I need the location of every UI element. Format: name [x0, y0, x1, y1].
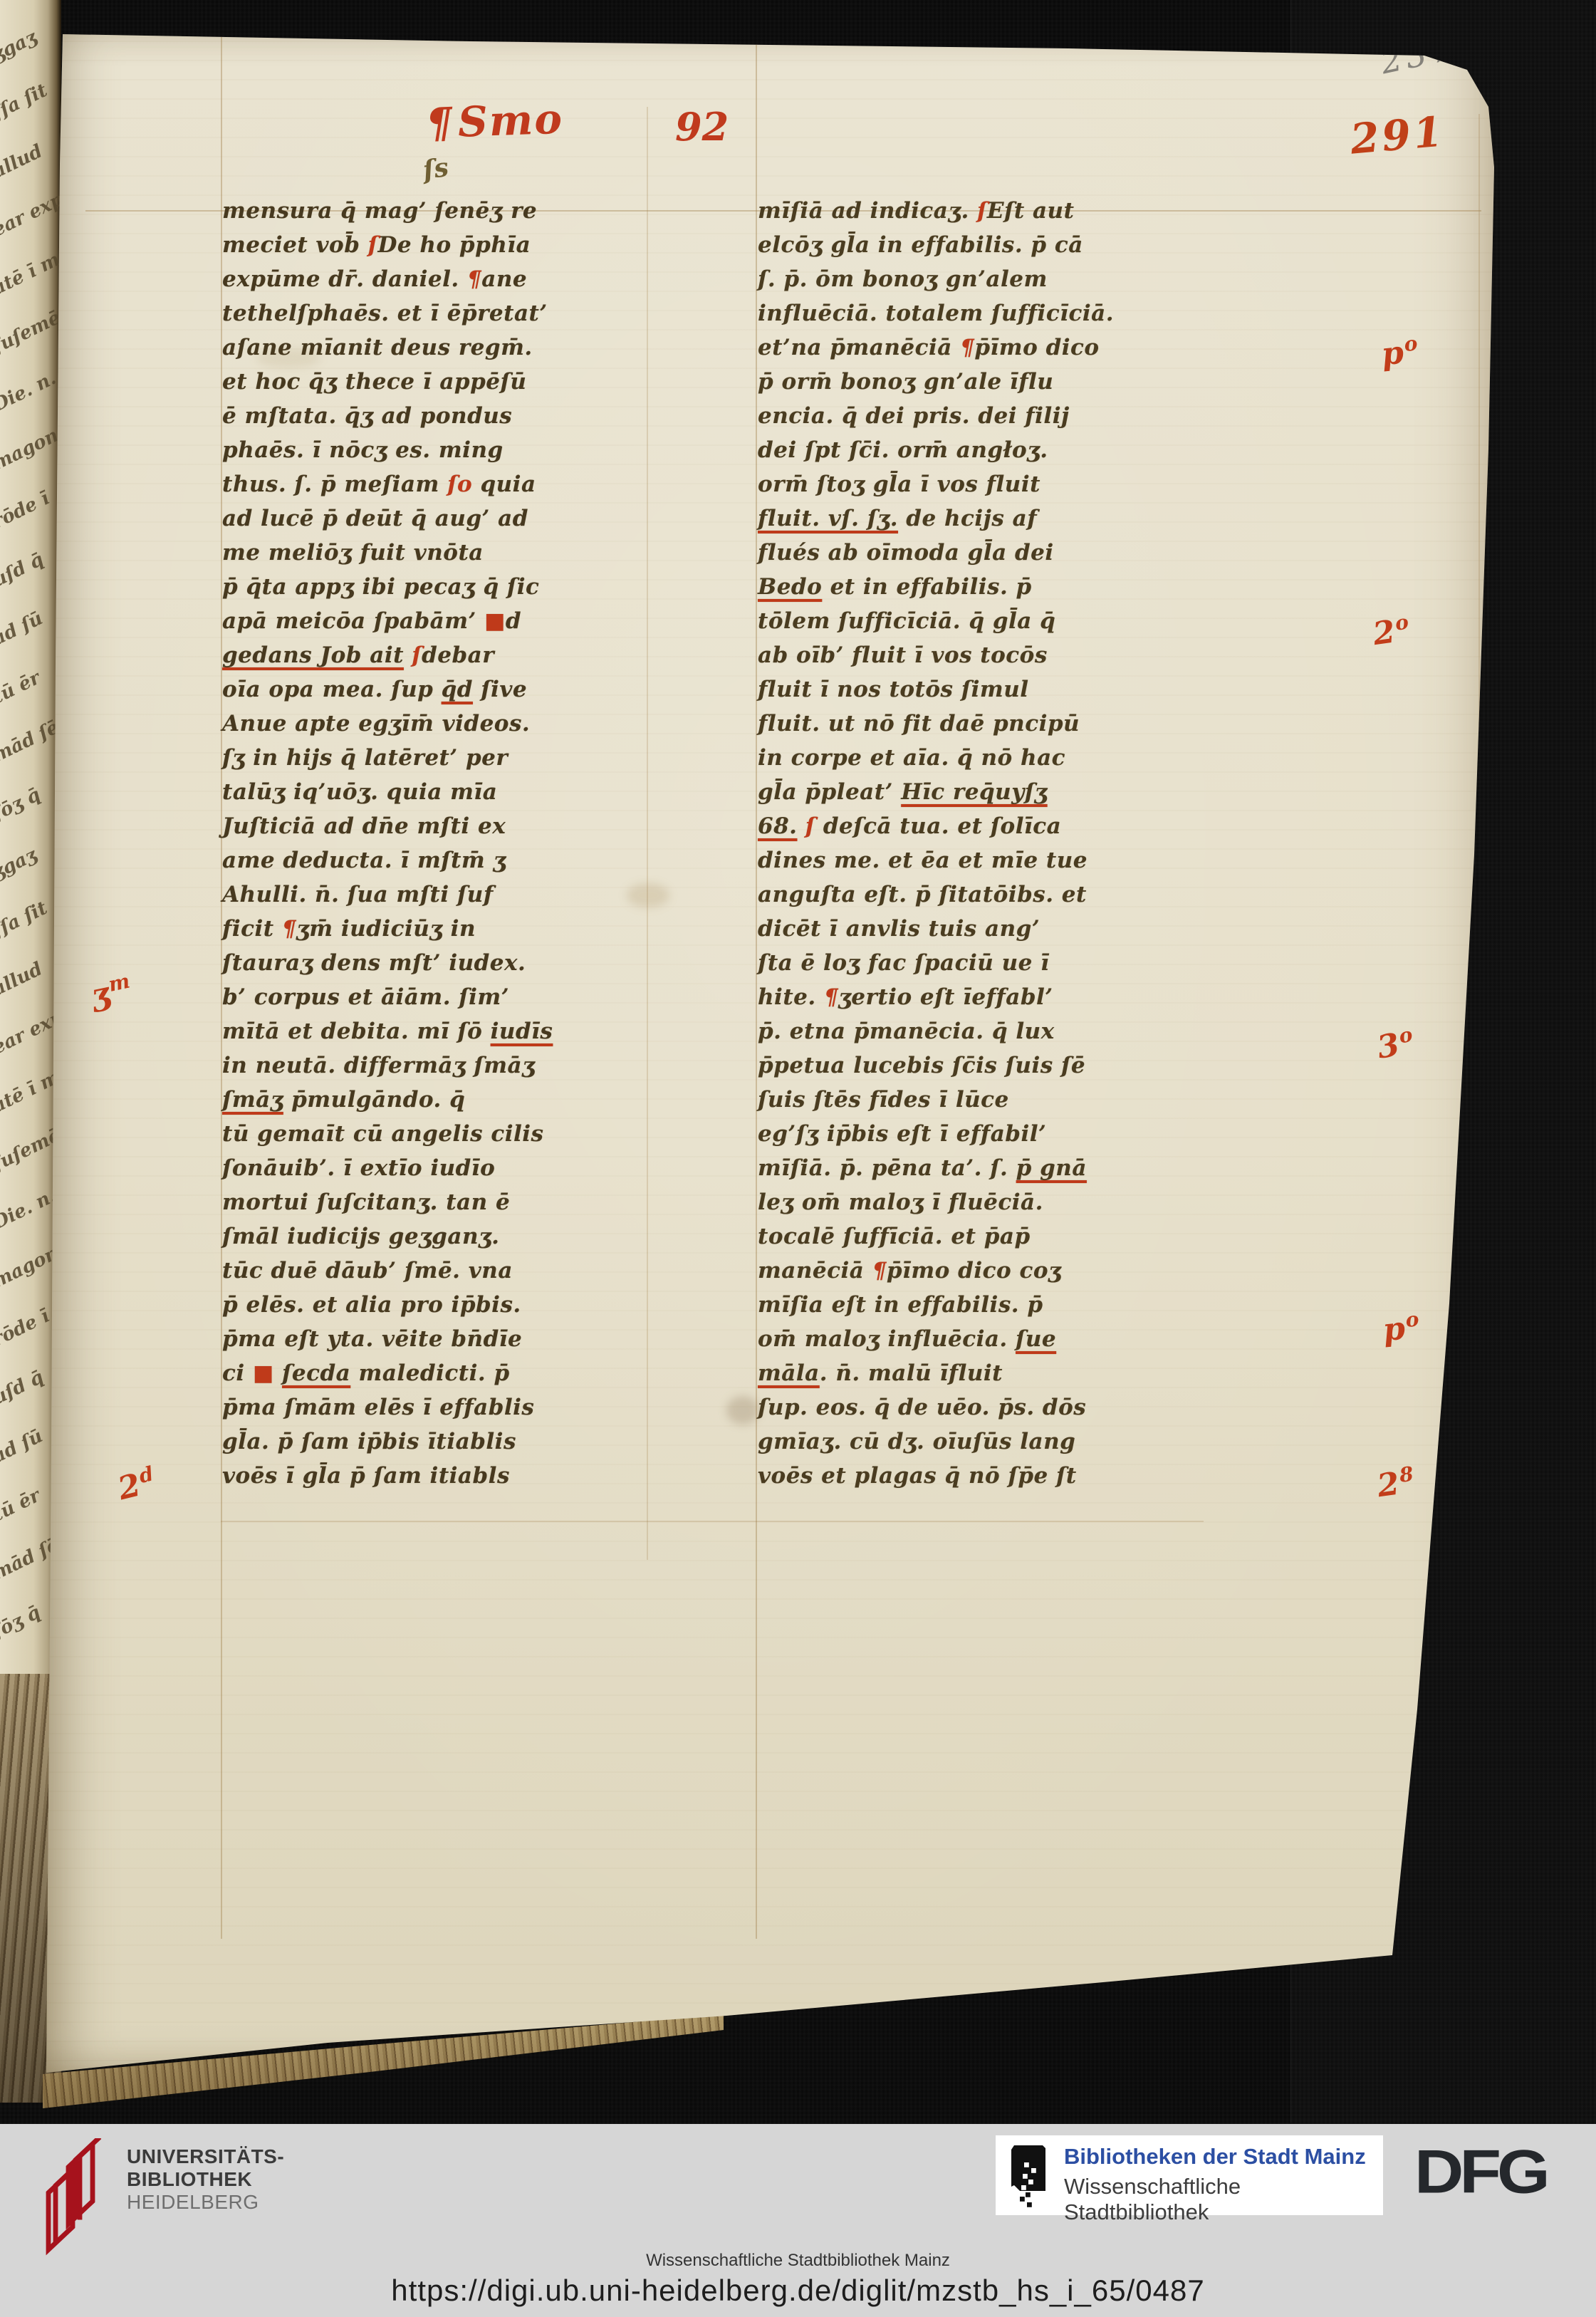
manuscript-line: ame deducta. ī mſtm̄ ʒ [222, 848, 650, 882]
manuscript-line: tethelſphaēs. et ī ēp̄retat’ [222, 301, 650, 335]
mainz-logo-line2: Wissenschaftliche Stadtbibliothek [1064, 2174, 1383, 2225]
manuscript-line: orm̄ ſtoʒ gl̄a ī vos fluit [758, 472, 1214, 506]
ub-logo-line2: BIBLIOTHEK [127, 2168, 284, 2191]
rubricated-underline: gedans Job ait [222, 642, 404, 668]
ub-heidelberg-logo: UNIVERSITÄTS- BIBLIOTHEK HEIDELBERG [37, 2138, 422, 2259]
rubricated-underline: 68. [758, 813, 797, 839]
facing-page-fragment: magone [0, 421, 61, 474]
manuscript-line: p̄ma ſmām elēs ī effablis [222, 1395, 650, 1429]
manuscript-line: tocalē ſuffīciā. et p̄ap̄ [758, 1224, 1214, 1258]
manuscript-line: gedans Job ait ſdebar [222, 642, 650, 677]
manuscript-line: me meliōʒ fuit vnōta [222, 540, 650, 574]
facing-page-fragment: ʒgaʒ [0, 12, 61, 66]
manuscript-line: p̄ elēs. et alia pro ip̄bis. [222, 1292, 650, 1326]
manuscript-line: dei ſpt ſc̄i. orm̄ angłoʒ. [758, 437, 1214, 472]
manuscript-line: ad lucē p̄ deūt q̄ aug’ ad [222, 506, 650, 540]
ub-logo-line1: UNIVERSITÄTS- [127, 2145, 284, 2168]
manuscript-line: tōlem ſufficīciā. q̄ gl̄a q̄ [758, 608, 1214, 642]
facing-page-fragment: ſſa ſit [0, 71, 61, 124]
manuscript-line: om̄ maloʒ influēcia. ſue [758, 1326, 1214, 1360]
manuscript-line: p̄ q̄ta appʒ ibi pecaʒ q̄ ſic [222, 574, 650, 608]
manuscript-line: ſtauraʒ dens mſt’ iudex. [222, 950, 650, 984]
ruling-line-horizontal [221, 1521, 1204, 1522]
manuscript-line: ſta ē loʒ fac ſpaciū ue ī [758, 950, 1214, 984]
parchment-stain [726, 1396, 759, 1425]
manuscript-line: encia. q̄ dei pris. dei filij [758, 403, 1214, 437]
rubric-mark: ſ [805, 813, 815, 839]
manuscript-line: mortui ſuſcitanʒ. tan ē [222, 1189, 650, 1224]
manuscript-line: ſonāuib’. ī extīo iudīo [222, 1155, 650, 1189]
manuscript-line: ſ. p̄. ōm bonoʒ gn’alem [758, 266, 1214, 301]
stadtbibliothek-mainz-logo: Bibliotheken der Stadt Mainz Wissenschaf… [996, 2135, 1383, 2215]
manuscript-line: aſane mīanit deus regm̄. [222, 335, 650, 369]
margin-annotation-right: po [1381, 1309, 1420, 1349]
text-column-left: mensura q̄ mag’ ſenēʒ remeciet vob̄ ſDe … [222, 198, 650, 1497]
manuscript-line: apā meicōa ſpabām’ ■d [222, 608, 650, 642]
manuscript-line: mītā et debita. mī ſō iudīs [222, 1019, 650, 1053]
manuscript-page: 237 291 ¶Smo 92 ſs mensura q̄ mag’ ſenēʒ… [43, 21, 1499, 2083]
rubric-mark: ¶ [872, 1258, 887, 1284]
rubric-mark: ſo [447, 472, 472, 497]
manuscript-line: ſʒ in hijs q̄ latēret’ per [222, 745, 650, 779]
manuscript-line: thus. ſ. p̄ meſiam ſo quia [222, 472, 650, 506]
manuscript-line: dicēt ī anvlis tuis ang’ [758, 916, 1214, 950]
margin-annotation-right: 2o [1371, 612, 1411, 652]
manuscript-line: voēs ī gl̄a p̄ ſam itiabls [222, 1463, 650, 1497]
ub-logo-line3: HEIDELBERG [127, 2191, 284, 2214]
manuscript-line: tūc duē dāub’ ſmē. vna [222, 1258, 650, 1292]
ub-heidelberg-wordmark: UNIVERSITÄTS- BIBLIOTHEK HEIDELBERG [127, 2145, 284, 2214]
manuscript-line: ſmāl iudicijs geʒganʒ. [222, 1224, 650, 1258]
manuscript-line: et hoc q̄ʒ thece ī appēſū [222, 369, 650, 403]
facing-page-fragment: ſōʒ q̄ [0, 771, 61, 825]
dfg-logo: DFG [1414, 2137, 1546, 2207]
scan-photograph: ʒgaʒſſa ſitalludear explatē ī mēſuſemēDi… [0, 0, 1596, 2317]
facing-page-fragment: ſuſemē [0, 304, 61, 358]
manuscript-line: elcōʒ gl̄a in effabilis. p̄ cā [758, 232, 1214, 266]
manuscript-line: et’na p̄manēciā ¶p̄īmo dico [758, 335, 1214, 369]
manuscript-line: gl̄a p̄pleat’ Hīc req̄uyſʒ [758, 779, 1214, 813]
manuscript-line: in corpe et aīa. q̄ nō hac [758, 745, 1214, 779]
manuscript-line: leʒ om̄ maloʒ ī fluēciā. [758, 1189, 1214, 1224]
manuscript-line: fluit. ut nō fit daē pncipū [758, 711, 1214, 745]
rubricated-underline: fluit. vſ. ſʒ. [758, 506, 898, 531]
rubric-mark: ¶ [824, 984, 838, 1010]
manuscript-line: phaēs. ī nōcʒ es. ming [222, 437, 650, 472]
manuscript-line: Bedo et in effabilis. p̄ [758, 574, 1214, 608]
rubric-mark: ſ [412, 642, 422, 668]
manuscript-line: p̄petua lucebis ſc̄is ſuis ſē [758, 1053, 1214, 1087]
rubricated-underline: iudīs [491, 1019, 553, 1044]
manuscript-line: dines me. et ēa et mīe tue [758, 848, 1214, 882]
manuscript-line: ſmāʒ p̄mulgāndo. q̄ [222, 1087, 650, 1121]
facing-page-fragment: atē ī mē [0, 246, 61, 299]
manuscript-line: gmīaʒ. cū dʒ. oīuſūs lang [758, 1429, 1214, 1463]
rubric-mark: ■ [484, 608, 506, 634]
manuscript-line: expūme dr̄. daniel. ¶ane [222, 266, 650, 301]
facing-page-fragment: ſſa ſit [0, 888, 61, 942]
manuscript-line: anguſta eſt. p̄ ſitatōibs. et [758, 882, 1214, 916]
manuscript-line: p̄. etna p̄manēcia. q̄ lux [758, 1019, 1214, 1053]
manuscript-line: gl̄a. p̄ ſam ip̄bis ītiablis [222, 1429, 650, 1463]
manuscript-line: Anue apte egʒīm̄ videos. [222, 711, 650, 745]
manuscript-line: meciet vob̄ ſDe ho p̄phīa [222, 232, 650, 266]
rubric-mark: ¶ [282, 916, 296, 942]
facing-page-fragment: Die. n. [0, 363, 61, 416]
manuscript-line: in neutā. differmāʒ ſmāʒ [222, 1053, 650, 1087]
rubricated-underline: p̄ gnā [1016, 1155, 1087, 1181]
manuscript-line: māla. n̄. malū īfluit [758, 1360, 1214, 1395]
ruling-line-vertical [756, 30, 757, 1939]
margin-annotation-right: po [1379, 333, 1419, 373]
manuscript-line: ficit ¶ʒm̄ iudiciūʒ in [222, 916, 650, 950]
rubricated-underline: ſecda [282, 1360, 350, 1386]
manuscript-line: b’ corpus et āiām. ſim’ [222, 984, 650, 1019]
facing-page-fragment: ʒgaʒ [0, 830, 61, 883]
rubric-mark: ■ [253, 1360, 274, 1386]
facing-page-fragment: Die. n. [0, 1180, 61, 1234]
facing-page-fragment: ear expl [0, 1005, 61, 1058]
facing-page-fragment: uſd q̄ [0, 538, 61, 591]
facing-page-fragment: allud [0, 947, 61, 1000]
mainz-logo-line1: Bibliotheken der Stadt Mainz [1064, 2144, 1366, 2170]
manuscript-line: talūʒ iq’uōʒ. quia mīa [222, 779, 650, 813]
footer-bar: UNIVERSITÄTS- BIBLIOTHEK HEIDELBERG [0, 2124, 1596, 2317]
rubricated-underline: q̄d [442, 677, 473, 702]
rubric-header-number: 92 [675, 104, 729, 150]
manuscript-line: ab oīb’ fluit ī vos tocōs [758, 642, 1214, 677]
manuscript-line: flués ab oīmoda gl̄a dei [758, 540, 1214, 574]
facing-page-fragment: tū ēr [0, 655, 61, 708]
margin-annotation-left: 2d [115, 1464, 158, 1508]
facing-page-fragment: ad ſū [0, 596, 61, 650]
manuscript-line: tū gemaīt cū angelis cilis [222, 1121, 650, 1155]
manuscript-line: Ahulli. n̄. ſua mſti ſuf [222, 882, 650, 916]
manuscript-line: Juſticiā ad dn̄e mſti ex [222, 813, 650, 848]
rubric-header-title: Smo [457, 95, 564, 147]
rubricated-underline: ſue [1016, 1326, 1056, 1352]
rubricated-underline: ſmāʒ [222, 1087, 283, 1113]
manuscript-line: p̄ orm̄ bonoʒ gn’ale īflu [758, 369, 1214, 403]
rubric-mark: ſ [368, 232, 378, 258]
pilcrow-mark: ¶ [425, 98, 454, 147]
margin-annotation-right: 28 [1375, 1464, 1416, 1504]
rubricated-underline: Bedo [758, 574, 822, 600]
facing-page-fragment: ſuſemē [0, 1122, 61, 1175]
manuscript-line: ſuis ſtēs fīdes ī lūce [758, 1087, 1214, 1121]
margin-annotation-right: 3o [1375, 1024, 1415, 1066]
interlinear-mark: ſs [421, 152, 450, 186]
manuscript-line: ci ■ ſecda maledicti. p̄ [222, 1360, 650, 1395]
manuscript-line: oīa opa mea. ſup q̄d ſive [222, 677, 650, 711]
text-column-right: mīſiā ad indicaʒ. ſEſt autelcōʒ gl̄a in … [758, 198, 1214, 1497]
manuscript-line: ē mſtata. q̄ʒ ad pondus [222, 403, 650, 437]
manuscript-line: influēciā. totalem ſufficīciā. [758, 301, 1214, 335]
facing-page-fragment: atē ī mē [0, 1063, 61, 1117]
manuscript-line: p̄ma eſt yta. vēite bn̄dīe [222, 1326, 650, 1360]
scan-source-url: https://digi.ub.uni-heidelberg.de/diglit… [0, 2274, 1596, 2308]
facing-page-fragment: allud [0, 129, 61, 182]
manuscript-line: hite. ¶ʒertio eſt īeffabl’ [758, 984, 1214, 1019]
margin-annotation-left: ʒm [88, 971, 133, 1014]
manuscript-line: voēs et plagas q̄ nō ſp̄e ſt [758, 1463, 1214, 1497]
manuscript-line: mīſia eſt in effabilis. p̄ [758, 1292, 1214, 1326]
facing-page-fragment: rōde ī [0, 479, 61, 533]
manuscript-line: fluit ī nos totōs ſimul [758, 677, 1214, 711]
manuscript-line: 68. ſ deſcā tua. et ſolīca [758, 813, 1214, 848]
facing-page-fragment: magone [0, 1239, 61, 1292]
folio-number-red: 291 [1348, 107, 1446, 163]
rubric-mark: ¶ [960, 335, 974, 360]
manuscript-line: eg’ſʒ ip̄bis eſt ī effabil’ [758, 1121, 1214, 1155]
rubricated-underline: Hīc req̄uyſʒ [901, 779, 1047, 805]
manuscript-line: ſup. eos. q̄ de uēo. p̄s. dōs [758, 1395, 1214, 1429]
manuscript-line: mīſiā ad indicaʒ. ſEſt aut [758, 198, 1214, 232]
rubric-mark: ſ [977, 198, 987, 224]
facing-page-fragment: mād ſē [0, 713, 61, 766]
manuscript-line: mīſiā. p̄. pēna ta’. ſ. p̄ gnā [758, 1155, 1214, 1189]
manuscript-line: fluit. vſ. ſʒ. de hcijs af [758, 506, 1214, 540]
manuscript-line: mensura q̄ mag’ ſenēʒ re [222, 198, 650, 232]
scan-caption: Wissenschaftliche Stadtbibliothek Mainz [0, 2251, 1596, 2271]
manuscript-line: manēciā ¶p̄īmo dico coʒ [758, 1258, 1214, 1292]
rubricated-underline: māla [758, 1360, 820, 1386]
rubric-mark: ¶ [467, 266, 481, 292]
facing-page-fragment: ear expl [0, 187, 61, 241]
rubric-header: ¶Smo [425, 95, 564, 148]
